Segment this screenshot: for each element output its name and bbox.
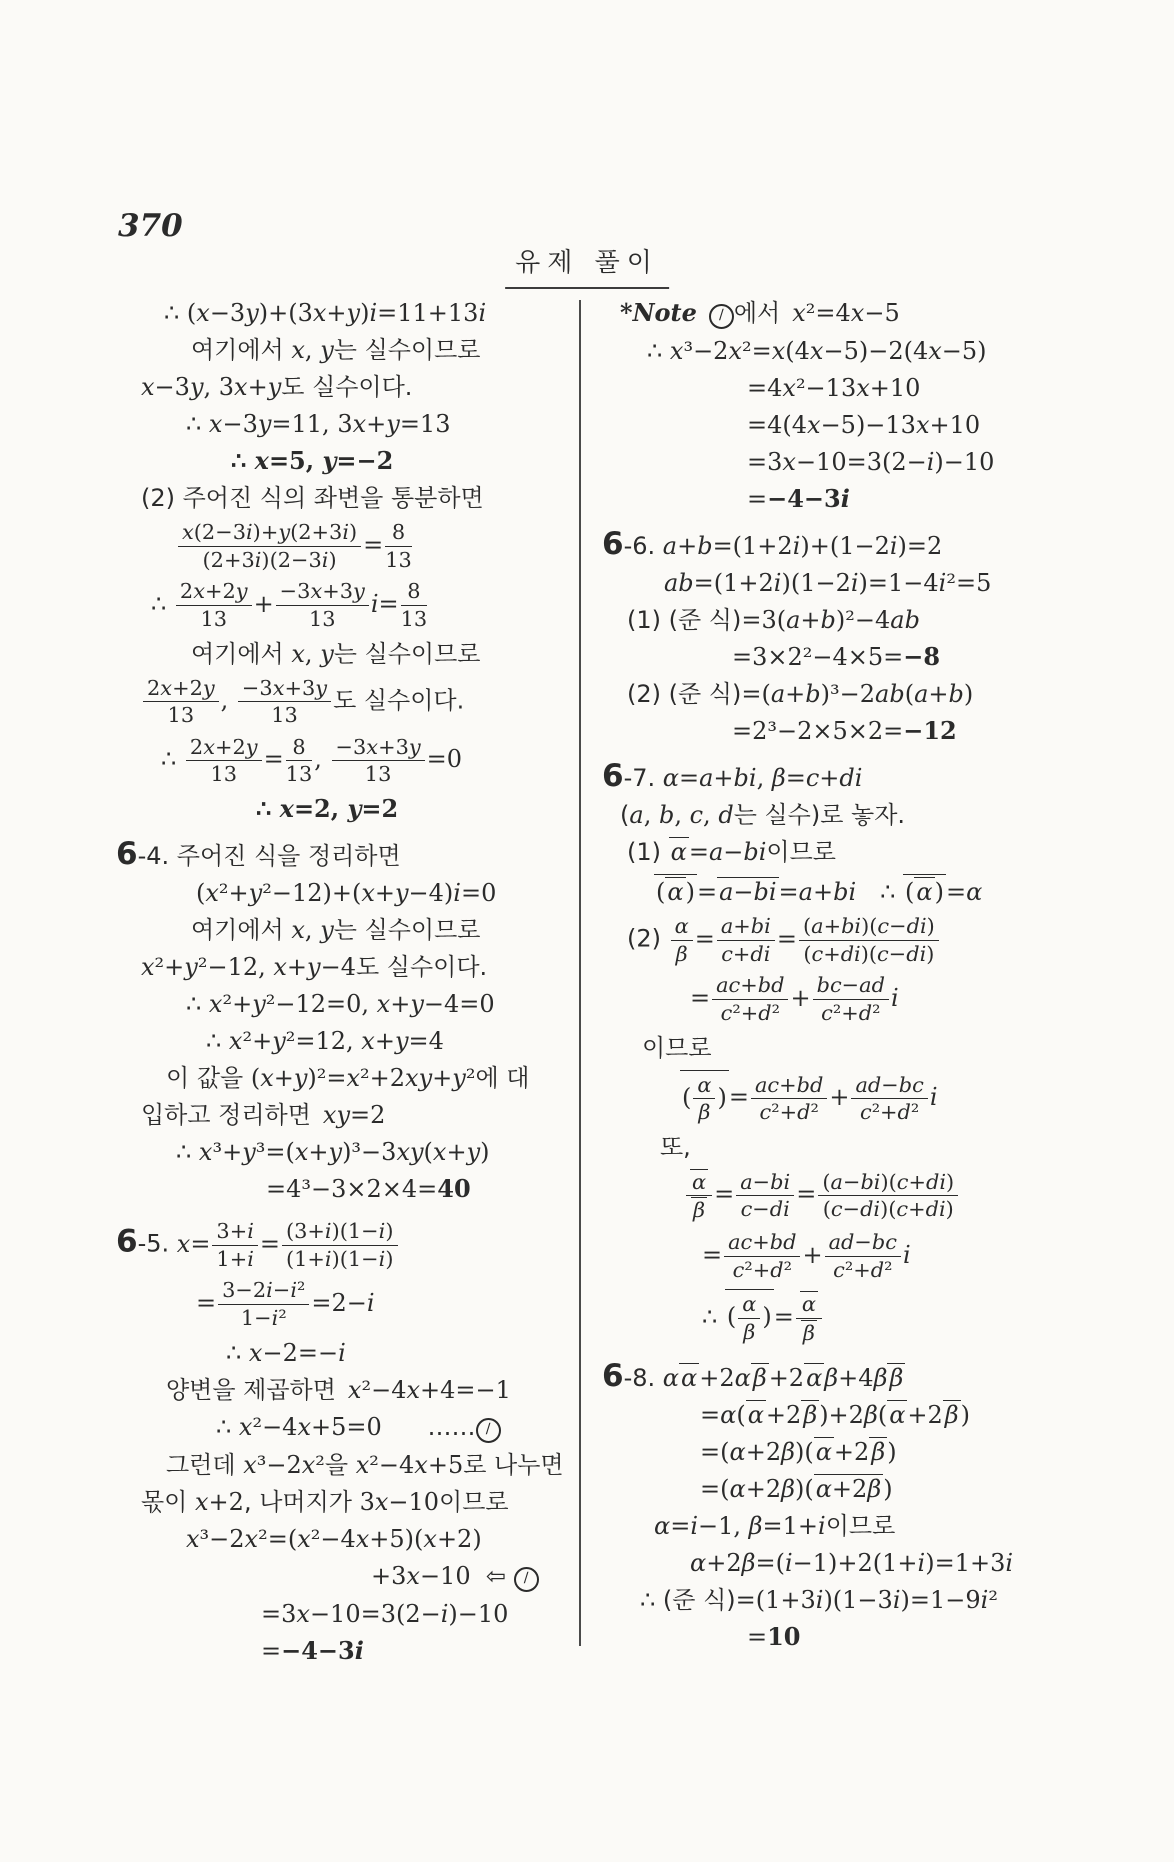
formula-line: =ac+bdc²+d²+bc−adc²+d²i [690, 973, 1080, 1025]
formula-line: =−4−3i [747, 484, 1080, 514]
formula-line: 6-4. 주어진 식을 정리하면 [116, 839, 582, 871]
fraction: 3−2i−i²1−i² [218, 1278, 309, 1330]
formula-line: ∴ x²−4x+5=0 ……∕ [216, 1412, 582, 1443]
formula-line: =4³−3×2×4=40 [266, 1174, 582, 1204]
conjugate-overline: β [801, 1400, 819, 1428]
formula-line: 6-7. α=a+bi, β=c+di [602, 761, 1080, 793]
conjugate-overline: α+2β [814, 1474, 883, 1502]
formula-line: +3x−10 ⇦ ∕ [371, 1561, 582, 1592]
fraction: 2x+2y13 [143, 676, 219, 728]
fraction: 813 [401, 579, 428, 631]
formula-line: 여기에서 x, y는 실수이므로 [191, 335, 582, 365]
fraction: 2x+2y13 [186, 735, 262, 787]
formula-line: =4x²−13x+10 [747, 373, 1080, 403]
formula-line: (αβ)=ac+bdc²+d²+ad−bcc²+d²i [680, 1070, 1080, 1125]
conjugate-overline: (αβ) [725, 1289, 774, 1344]
formula-line: 이 값을 (x+y)²=x²+2xy+y²에 대 [166, 1063, 582, 1093]
formula-line: =3−2i−i²1−i²=2−i [196, 1278, 582, 1330]
formula-line: 몫이 x+2, 나머지가 3x−10이므로 [141, 1487, 582, 1517]
formula-line: 6-5. x=3+i1+i=(3+i)(1−i)(1+i)(1−i) [116, 1219, 582, 1271]
conjugate-overline: β [691, 1197, 707, 1222]
conjugate-overline: α [679, 1363, 699, 1391]
problem-number: 6 [116, 1224, 138, 1260]
conjugate-overline: α [804, 1363, 824, 1391]
conjugate-overline: (α) [903, 874, 946, 905]
conjugate-overline: β [751, 1363, 769, 1391]
fraction: ac+bdc²+d² [724, 1230, 800, 1282]
formula-line: 6-8. αα+2αβ+2αβ+4ββ [602, 1361, 1080, 1393]
conjugate-overline: α [887, 1400, 907, 1428]
conjugate-overline: α [914, 877, 934, 905]
formula-line: ∴ x−2=−i [226, 1338, 582, 1368]
formula-line: (1) (준 식)=3(a+b)²−4ab [627, 605, 1080, 635]
formula-line: =3×2²−4×5=−8 [732, 642, 1080, 672]
formula-line: α+2β=(i−1)+2(1+i)=1+3i [690, 1548, 1080, 1578]
fraction: ac+bdc²+d² [751, 1073, 827, 1125]
formula-line: ∴ (준 식)=(1+3i)(1−3i)=1−9i² [640, 1585, 1080, 1615]
formula-line: ab=(1+2i)(1−2i)=1−4i²=5 [664, 568, 1080, 598]
fraction: −3x+3y13 [238, 676, 331, 728]
conjugate-overline: α [800, 1291, 818, 1316]
fraction: a+bic+di [717, 914, 775, 966]
formula-line: (α)=a−bi=a+bi ∴ (α)=α [654, 874, 1080, 907]
formula-line: *Note ∕에서 x²=4x−5 [620, 298, 1080, 329]
fraction: ac+bdc²+d² [712, 973, 788, 1025]
conjugate-overline: α [746, 1400, 766, 1428]
formula-line: ∴ 2x+2y13+−3x+3y13i=813 [151, 579, 582, 631]
page-number: 370 [118, 208, 183, 244]
formula-line: =ac+bdc²+d²+ad−bcc²+d²i [702, 1230, 1080, 1282]
right-column: *Note ∕에서 x²=4x−5∴ x³−2x²=x(4x−5)−2(4x−5… [602, 298, 1080, 1659]
formula-line: =−4−3i [261, 1636, 582, 1666]
formula-line: =10 [747, 1622, 1080, 1652]
circled-equation-label-icon: ∕ [709, 304, 734, 329]
circled-equation-label-icon: ∕ [514, 1567, 539, 1592]
formula-line: x(2−3i)+y(2+3i)(2+3i)(2−3i)=813 [176, 520, 582, 572]
formula-line: ∴ x³−2x²=x(4x−5)−2(4x−5) [647, 336, 1080, 366]
fraction: 2x+2y13 [176, 579, 252, 631]
problem-number: 6 [602, 758, 624, 794]
formula-line: (x²+y²−12)+(x+y−4)i=0 [196, 878, 582, 908]
fraction: ad−bcc²+d² [825, 1230, 901, 1282]
conjugate-overline: β [869, 1437, 887, 1465]
textbook-page: 370 유제 풀이 ∴ (x−3y)+(3x+y)i=11+13i여기에서 x,… [0, 0, 1174, 1862]
formula-line: =α(α+2β)+2β(α+2β) [700, 1400, 1080, 1430]
fraction: 813 [286, 735, 313, 787]
fraction: x(2−3i)+y(2+3i)(2+3i)(2−3i) [178, 520, 361, 572]
problem-number: 6 [602, 526, 624, 562]
formula-line: =(α+2β)(α+2β) [700, 1474, 1080, 1504]
formula-line: (1) α=a−bi이므로 [627, 837, 1080, 867]
fraction: −3x+3y13 [276, 579, 369, 631]
fraction: (a−bi)(c+di)(c−di)(c+di) [818, 1170, 958, 1222]
formula-line: =4(4x−5)−13x+10 [747, 410, 1080, 440]
formula-line: 또, [660, 1132, 1080, 1162]
conjugate-overline: α [669, 837, 689, 865]
conjugate-overline: α [665, 877, 685, 905]
fraction: αβ [686, 1169, 712, 1223]
circled-equation-label-icon: ∕ [476, 1418, 501, 1443]
formula-line: =2³−2×5×2=−12 [732, 716, 1080, 746]
formula-line: (a, b, c, d는 실수)로 놓자. [620, 800, 1080, 830]
conjugate-overline: α [814, 1437, 834, 1465]
conjugate-overline: a−bi [717, 877, 778, 905]
formula-line: 그런데 x³−2x²을 x²−4x+5로 나누면 [166, 1450, 582, 1480]
formula-line: αβ=a−bic−di=(a−bi)(c+di)(c−di)(c+di) [684, 1169, 1080, 1223]
formula-line: (2) αβ=a+bic+di=(a+bi)(c−di)(c+di)(c−di) [627, 914, 1080, 966]
problem-number: 6 [602, 1358, 624, 1394]
formula-line: 여기에서 x, y는 실수이므로 [191, 639, 582, 669]
formula-line: (2) (준 식)=(a+b)³−2ab(a+b) [627, 679, 1080, 709]
problem-number: 6 [116, 836, 138, 872]
formula-line: (2) 주어진 식의 좌변을 통분하면 [141, 483, 582, 513]
conjugate-overline: β [887, 1363, 905, 1391]
formula-line: ∴ (αβ)=αβ [702, 1289, 1080, 1345]
fraction: (a+bi)(c−di)(c+di)(c−di) [799, 914, 939, 966]
formula-line: 여기에서 x, y는 실수이므로 [191, 915, 582, 945]
fraction: αβ [738, 1292, 760, 1344]
formula-line: x³−2x²=(x²−4x+5)(x+2) [186, 1524, 582, 1554]
formula-line: x−3y, 3x+y도 실수이다. [141, 372, 582, 402]
formula-line: 2x+2y13, −3x+3y13도 실수이다. [141, 676, 582, 728]
formula-line: =(α+2β)(α+2β) [700, 1437, 1080, 1467]
fraction: (3+i)(1−i)(1+i)(1−i) [282, 1219, 398, 1271]
formula-line: ∴ x−3y=11, 3x+y=13 [186, 409, 582, 439]
formula-line: α=i−1, β=1+i이므로 [654, 1511, 1080, 1541]
formula-line: 이므로 [642, 1033, 1080, 1063]
fraction: bc−adc²+d² [813, 973, 889, 1025]
fraction: αβ [671, 914, 693, 966]
formula-line: 6-6. a+b=(1+2i)+(1−2i)=2 [602, 529, 1080, 561]
formula-line: ∴ x=2, y=2 [256, 794, 582, 824]
formula-line: ∴ x³+y³=(x+y)³−3xy(x+y) [176, 1137, 582, 1167]
conjugate-overline: α [690, 1169, 708, 1194]
fraction: a−bic−di [736, 1170, 794, 1222]
formula-line: 입하고 정리하면 xy=2 [141, 1100, 582, 1130]
formula-line: ∴ x²+y²=12, x+y=4 [206, 1026, 582, 1056]
fraction: αβ [796, 1291, 822, 1345]
conjugate-overline: β [801, 1320, 817, 1345]
formula-line: =3x−10=3(2−i)−10 [747, 447, 1080, 477]
formula-line: x²+y²−12, x+y−4도 실수이다. [141, 952, 582, 982]
page-title: 유제 풀이 [505, 242, 669, 289]
fraction: 3+i1+i [212, 1219, 257, 1271]
formula-line: ∴ (x−3y)+(3x+y)i=11+13i [164, 298, 582, 328]
fraction: ad−bcc²+d² [851, 1073, 927, 1125]
formula-line: ∴ x=5, y=−2 [231, 446, 582, 476]
fraction: αβ [693, 1073, 715, 1125]
formula-line: ∴ 2x+2y13=813, −3x+3y13=0 [161, 735, 582, 787]
formula-line: =3x−10=3(2−i)−10 [261, 1599, 582, 1629]
formula-line: ∴ x²+y²−12=0, x+y−4=0 [186, 989, 582, 1019]
conjugate-overline: (α) [654, 874, 697, 905]
conjugate-overline: β [943, 1400, 961, 1428]
fraction: 813 [385, 520, 412, 572]
fraction: −3x+3y13 [332, 735, 425, 787]
conjugate-overline: (αβ) [680, 1070, 729, 1125]
left-column: ∴ (x−3y)+(3x+y)i=11+13i여기에서 x, y는 실수이므로x… [116, 298, 582, 1673]
formula-line: 양변을 제곱하면 x²−4x+4=−1 [166, 1375, 582, 1405]
